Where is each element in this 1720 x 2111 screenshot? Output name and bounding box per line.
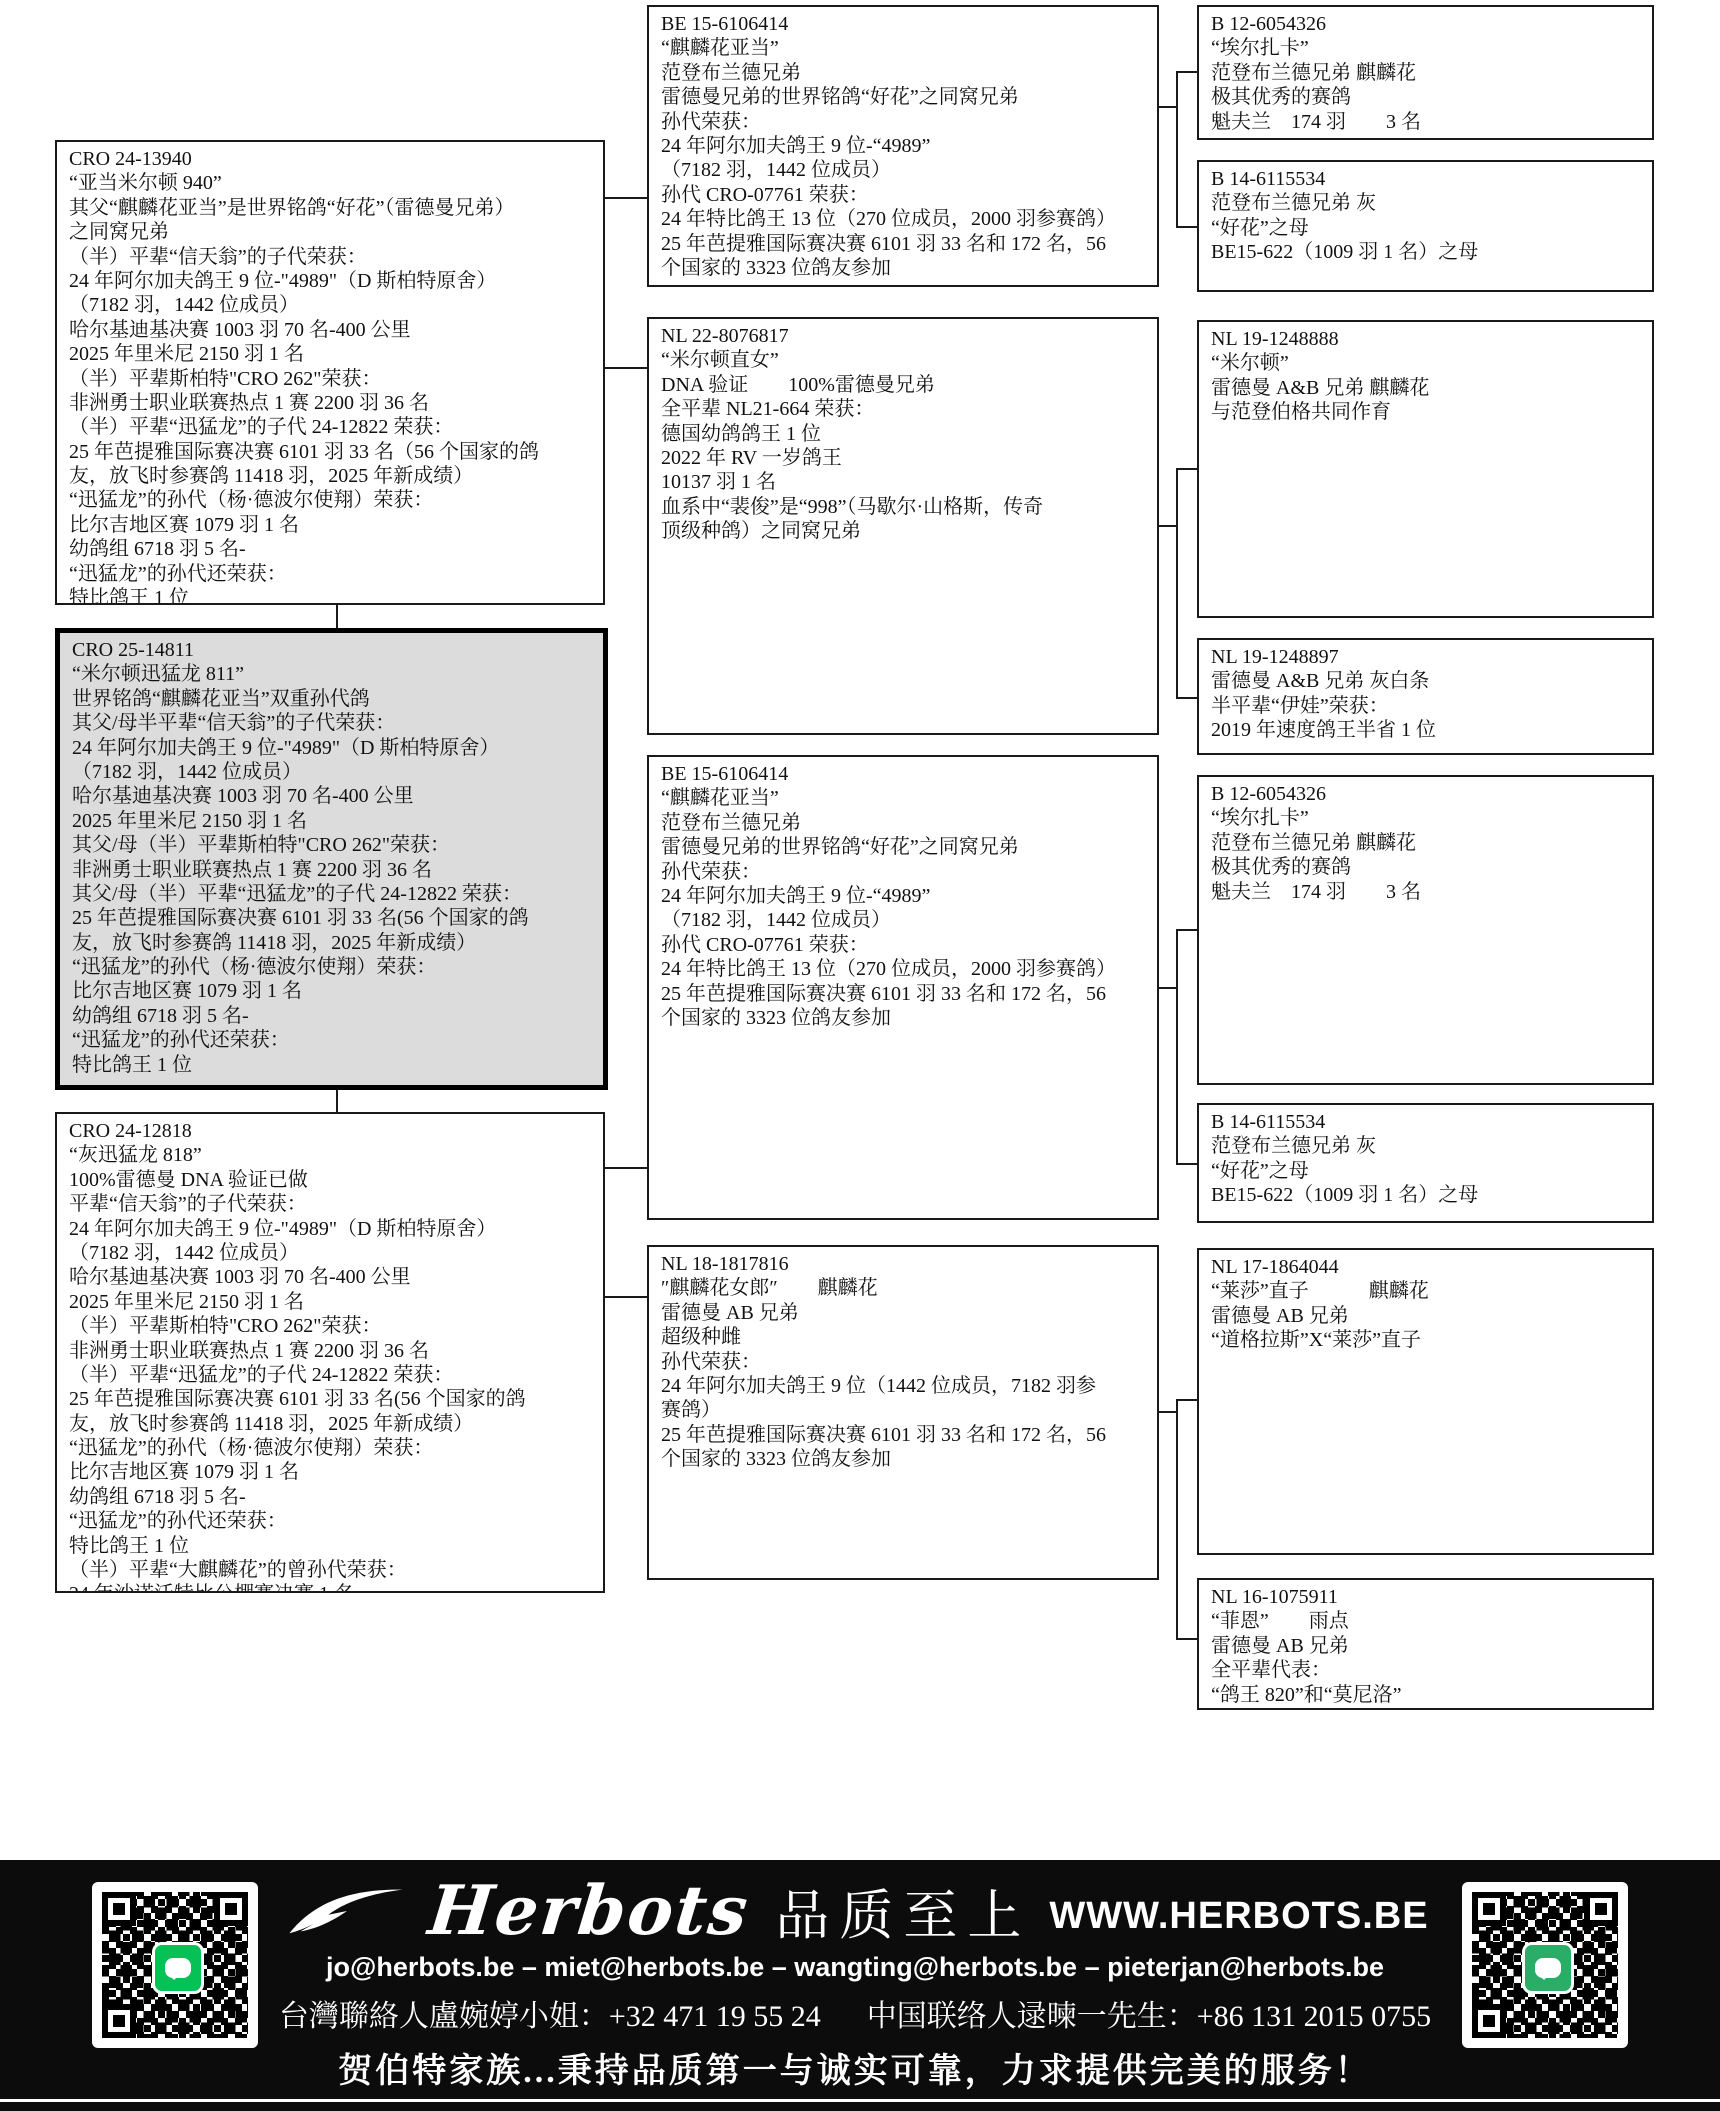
- pedigree-line: B 14-6115534: [1211, 1110, 1642, 1134]
- pedigree-line: （半）平辈“信天翁”的子代荣获：: [69, 245, 593, 269]
- pedigree-box-ggp-1: B 12-6054326“埃尔扎卡”范登布兰德兄弟 麒麟花极其优秀的赛鸽魁夫兰 …: [1197, 5, 1654, 140]
- connector-line: [1176, 226, 1197, 228]
- pedigree-line: 比尔吉地区赛 1079 羽 1 名: [69, 513, 593, 537]
- pedigree-line: “麒麟花亚当”: [661, 36, 1147, 60]
- pedigree-line: 2025 年里米尼 2150 羽 1 名: [69, 1290, 593, 1314]
- qr-finder-icon: [1584, 1892, 1618, 1926]
- pedigree-page: CRO 24-13940“亚当米尔顿 940”其父“麒麟花亚当”是世界铭鸽“好花…: [0, 0, 1720, 2111]
- pedigree-box-ggp-5: B 12-6054326“埃尔扎卡”范登布兰德兄弟 麒麟花极其优秀的赛鸽魁夫兰 …: [1197, 775, 1654, 1085]
- pedigree-line: 个国家的 3323 位鸽友参加: [661, 1447, 1147, 1471]
- pedigree-line: B 12-6054326: [1211, 12, 1642, 36]
- pedigree-line: （7182 羽，1442 位成员）: [661, 158, 1147, 182]
- qr-finder-icon: [1472, 1892, 1506, 1926]
- pedigree-line: BE15-622（1009 羽 1 名）之母: [1211, 1183, 1642, 1207]
- pedigree-line: 全平辈 NL21-664 荣获：: [661, 397, 1147, 421]
- pedigree-line: 雷德曼兄弟的世界铭鸽“好花”之同窝兄弟: [661, 85, 1147, 109]
- pedigree-line: 特比鸽王 1 位: [69, 1534, 593, 1558]
- pedigree-line: 特比鸽王 1 位: [69, 586, 593, 605]
- pedigree-line: 24 年特比鸽王 13 位（270 位成员，2000 羽参赛鸽）: [661, 957, 1147, 981]
- pedigree-line: 25 年芭提雅国际赛决赛 6101 羽 33 名和 172 名，56: [661, 1423, 1147, 1447]
- pedigree-line: “菲恩” 雨点: [1211, 1609, 1642, 1633]
- connector-line: [1176, 71, 1197, 73]
- pedigree-line: （7182 羽，1442 位成员）: [69, 293, 593, 317]
- feather-icon: [281, 1885, 411, 1937]
- pedigree-line: 2019 年速度鸽王半省 1 位: [1211, 718, 1642, 742]
- pedigree-line: “迅猛龙”的孙代还荣获：: [69, 1509, 593, 1533]
- pedigree-line: 与范登伯格共同作育: [1211, 400, 1642, 424]
- connector-line: [1176, 1638, 1197, 1640]
- connector-line: [605, 1296, 647, 1298]
- pedigree-line: 幼鸽组 6718 羽 5 名-: [72, 1004, 593, 1028]
- pedigree-line: 雷德曼兄弟的世界铭鸽“好花”之同窝兄弟: [661, 835, 1147, 859]
- pedigree-box-subject-sire: CRO 24-13940“亚当米尔顿 940”其父“麒麟花亚当”是世界铭鸽“好花…: [55, 140, 605, 605]
- pedigree-line: “迅猛龙”的孙代（杨·德波尔使翔）荣获：: [72, 955, 593, 979]
- pedigree-line: 友，放飞时参赛鸽 11418 羽，2025 年新成绩）: [69, 1412, 593, 1436]
- footer-banner: Herbots 品质至上 WWW.HERBOTS.BE jo@herbots.b…: [0, 1860, 1720, 2111]
- pedigree-line: “莱莎”直子 麒麟花: [1211, 1279, 1642, 1303]
- qr-finder-icon: [1472, 2004, 1506, 2038]
- connector-line: [1176, 1163, 1197, 1165]
- pedigree-box-ggp-4: NL 19-1248897雷德曼 A&B 兄弟 灰白条半平辈“伊娃”荣获：201…: [1197, 638, 1654, 755]
- pedigree-line: 哈尔基迪基决赛 1003 羽 70 名-400 公里: [72, 784, 593, 808]
- pedigree-line: 其父“麒麟花亚当”是世界铭鸽“好花”（雷德曼兄弟）: [69, 196, 593, 220]
- pedigree-line: 比尔吉地区赛 1079 羽 1 名: [69, 1460, 593, 1484]
- pedigree-line: 超级种雌: [661, 1325, 1147, 1349]
- pedigree-line: B 14-6115534: [1211, 167, 1642, 191]
- pedigree-line: 范登布兰德兄弟 麒麟花: [1211, 61, 1642, 85]
- pedigree-line: “米尔顿直女”: [661, 348, 1147, 372]
- pedigree-line: 其父/母（半）平辈斯柏特"CRO 262"荣获：: [72, 833, 593, 857]
- pedigree-line: “埃尔扎卡”: [1211, 806, 1642, 830]
- pedigree-line: 血系中“裴俊”是“998”（马歇尔·山格斯，传奇: [661, 495, 1147, 519]
- pedigree-box-grandsire-maternal: BE 15-6106414“麒麟花亚当”范登布兰德兄弟雷德曼兄弟的世界铭鸽“好花…: [647, 755, 1159, 1220]
- pedigree-line: 世界铭鸽“麒麟花亚当”双重孙代鸽: [72, 687, 593, 711]
- pedigree-line: 特比鸽王 1 位: [72, 1053, 593, 1077]
- connector-line: [605, 197, 647, 199]
- pedigree-line: “道格拉斯”X“莱莎”直子: [1211, 1328, 1642, 1352]
- pedigree-line: 24 年阿尔加夫鸽王 9 位-"4989"（D 斯柏特原舍）: [72, 736, 593, 760]
- pedigree-line: 雷德曼 AB 兄弟: [1211, 1304, 1642, 1328]
- pedigree-box-ggp-2: B 14-6115534范登布兰德兄弟 灰“好花”之母BE15-622（1009…: [1197, 160, 1654, 292]
- connector-line: [605, 367, 647, 369]
- pedigree-line: （7182 羽，1442 位成员）: [69, 1241, 593, 1265]
- pedigree-line: （半）平辈“迅猛龙”的子代 24-12822 荣获：: [69, 415, 593, 439]
- qr-pattern: [102, 1892, 248, 2038]
- connector-line: [1176, 929, 1178, 1165]
- wechat-icon: [1522, 1942, 1574, 1994]
- connector-line: [1176, 1399, 1178, 1640]
- pedigree-line: “麒麟花亚当”: [661, 786, 1147, 810]
- pedigree-box-grandsire-paternal: BE 15-6106414“麒麟花亚当”范登布兰德兄弟雷德曼兄弟的世界铭鸽“好花…: [647, 5, 1159, 287]
- pedigree-line: 哈尔基迪基决赛 1003 羽 70 名-400 公里: [69, 1265, 593, 1289]
- pedigree-line: 24 年特比鸽王 13 位（270 位成员，2000 羽参赛鸽）: [661, 207, 1147, 231]
- pedigree-box-subject: CRO 25-14811“米尔顿迅猛龙 811”世界铭鸽“麒麟花亚当”双重孙代鸽…: [55, 628, 608, 1090]
- pedigree-line: 24 年阿尔加夫鸽王 9 位（1442 位成员，7182 羽参: [661, 1374, 1147, 1398]
- pedigree-line: 2025 年里米尼 2150 羽 1 名: [72, 809, 593, 833]
- pedigree-line: CRO 24-12818: [69, 1119, 593, 1143]
- brand-row: Herbots 品质至上 WWW.HERBOTS.BE: [255, 1872, 1455, 1950]
- pedigree-line: 雷德曼 AB 兄弟: [661, 1301, 1147, 1325]
- connector-line: [336, 605, 338, 628]
- pedigree-line: ″麒麟花女郎″ 麒麟花: [661, 1276, 1147, 1300]
- pedigree-line: 哈尔基迪基决赛 1003 羽 70 名-400 公里: [69, 318, 593, 342]
- pedigree-line: 范登布兰德兄弟 灰: [1211, 1134, 1642, 1158]
- pedigree-line: 个国家的 3323 位鸽友参加: [661, 256, 1147, 280]
- pedigree-line: 2022 年 RV 一岁鸽王: [661, 446, 1147, 470]
- pedigree-line: 范登布兰德兄弟: [661, 811, 1147, 835]
- pedigree-line: 孙代 CRO-07761 荣获：: [661, 933, 1147, 957]
- pedigree-line: 孙代荣获：: [661, 1350, 1147, 1374]
- pedigree-line: （半）平辈斯柏特"CRO 262"荣获：: [69, 367, 593, 391]
- pedigree-line: 24 年阿尔加夫鸽王 9 位-"4989"（D 斯柏特原舍）: [69, 1217, 593, 1241]
- pedigree-line: 25 年芭提雅国际赛决赛 6101 羽 33 名（56 个国家的鸽: [69, 440, 593, 464]
- pedigree-line: “迅猛龙”的孙代（杨·德波尔使翔）荣获：: [69, 488, 593, 512]
- connector-line: [1176, 468, 1178, 699]
- pedigree-line: B 12-6054326: [1211, 782, 1642, 806]
- pedigree-line: NL 22-8076817: [661, 324, 1147, 348]
- pedigree-line: 魁夫兰 174 羽 3 名: [1211, 880, 1642, 904]
- qr-pattern: [1472, 1892, 1618, 2038]
- connector-line: [605, 1167, 647, 1169]
- pedigree-box-granddam-paternal: NL 22-8076817“米尔顿直女”DNA 验证 100%雷德曼兄弟全平辈 …: [647, 317, 1159, 735]
- email-list: jo@herbots.be – miet@herbots.be – wangti…: [255, 1952, 1455, 1983]
- pedigree-line: 2025 年里米尼 2150 羽 1 名: [69, 342, 593, 366]
- contact-row: 台灣聯絡人盧婉婷小姐：+32 471 19 55 24 中国联络人逯暕一先生：+…: [255, 1991, 1455, 2035]
- pedigree-line: “迅猛龙”的孙代（杨·德波尔使翔）荣获：: [69, 1436, 593, 1460]
- pedigree-line: （半）平辈“迅猛龙”的子代 24-12822 荣获：: [69, 1363, 593, 1387]
- pedigree-line: 25 年芭提雅国际赛决赛 6101 羽 33 名(56 个国家的鸽: [72, 906, 593, 930]
- pedigree-line: 24 年阿尔加夫鸽王 9 位-“4989”: [661, 134, 1147, 158]
- pedigree-line: “亚当米尔顿 940”: [69, 171, 593, 195]
- pedigree-line: 孙代荣获：: [661, 110, 1147, 134]
- pedigree-line: 全平辈代表：: [1211, 1658, 1642, 1682]
- pedigree-line: “米尔顿迅猛龙 811”: [72, 662, 593, 686]
- pedigree-line: 孙代 CRO-07761 荣获：: [661, 183, 1147, 207]
- pedigree-box-ggp-8: NL 16-1075911“菲恩” 雨点雷德曼 AB 兄弟全平辈代表：“鸽王 8…: [1197, 1578, 1654, 1710]
- pedigree-line: BE 15-6106414: [661, 12, 1147, 36]
- pedigree-line: （7182 羽，1442 位成员）: [72, 760, 593, 784]
- pedigree-line: “好花”之母: [1211, 216, 1642, 240]
- brand-logo: Herbots: [425, 1871, 753, 1951]
- pedigree-box-subject-dam: CRO 24-12818“灰迅猛龙 818”100%雷德曼 DNA 验证已做平辈…: [55, 1112, 605, 1593]
- pedigree-line: 雷德曼 AB 兄弟: [1211, 1634, 1642, 1658]
- pedigree-line: NL 16-1075911: [1211, 1585, 1642, 1609]
- connector-line: [1176, 697, 1197, 699]
- contact-china: 中国联络人逯暕一先生：+86 131 2015 0755: [867, 1991, 1431, 2035]
- pedigree-line: CRO 24-13940: [69, 147, 593, 171]
- pedigree-line: 25 年芭提雅国际赛决赛 6101 羽 33 名(56 个国家的鸽: [69, 1387, 593, 1411]
- line-app-icon: [152, 1942, 204, 1994]
- pedigree-line: 24 年阿尔加夫鸽王 9 位-"4989"（D 斯柏特原舍）: [69, 269, 593, 293]
- pedigree-line: 范登布兰德兄弟: [661, 61, 1147, 85]
- pedigree-box-ggp-7: NL 17-1864044“莱莎”直子 麒麟花雷德曼 AB 兄弟“道格拉斯”X“…: [1197, 1248, 1654, 1555]
- pedigree-line: “埃尔扎卡”: [1211, 36, 1642, 60]
- pedigree-line: “灰迅猛龙 818”: [69, 1143, 593, 1167]
- pedigree-line: 幼鸽组 6718 羽 5 名-: [69, 1485, 593, 1509]
- pedigree-line: 24 年沙诺沃特比公棚赛决赛 1 名: [69, 1582, 593, 1593]
- pedigree-line: DNA 验证 100%雷德曼兄弟: [661, 373, 1147, 397]
- pedigree-line: 其父/母半平辈“信天翁”的子代荣获：: [72, 711, 593, 735]
- pedigree-line: 友，放飞时参赛鸽 11418 羽，2025 年新成绩）: [72, 931, 593, 955]
- pedigree-line: 顶级种鸽）之同窝兄弟: [661, 519, 1147, 543]
- pedigree-line: 25 年芭提雅国际赛决赛 6101 羽 33 名和 172 名，56: [661, 982, 1147, 1006]
- pedigree-line: （半）平辈“大麒麟花”的曾孙代荣获：: [69, 1558, 593, 1582]
- pedigree-line: NL 17-1864044: [1211, 1255, 1642, 1279]
- pedigree-line: （半）平辈斯柏特"CRO 262"荣获：: [69, 1314, 593, 1338]
- footer-slogan: 贺伯特家族...秉持品质第一与诚实可靠，力求提供完美的服务！: [255, 2043, 1455, 2092]
- pedigree-line: 友，放飞时参赛鸽 11418 羽，2025 年新成绩）: [69, 464, 593, 488]
- pedigree-line: “鸽王 820”和“莫尼洛”: [1211, 1683, 1642, 1707]
- footer-center: Herbots 品质至上 WWW.HERBOTS.BE jo@herbots.b…: [255, 1872, 1455, 2092]
- pedigree-line: NL 18-1817816: [661, 1252, 1147, 1276]
- pedigree-line: CRO 25-14811: [72, 638, 593, 662]
- connector-line: [1176, 468, 1197, 470]
- pedigree-line: 雷德曼 A&B 兄弟 麒麟花: [1211, 376, 1642, 400]
- pedigree-line: 24 年阿尔加夫鸽王 9 位-“4989”: [661, 884, 1147, 908]
- pedigree-line: “迅猛龙”的孙代还荣获：: [69, 562, 593, 586]
- contact-taiwan: 台灣聯絡人盧婉婷小姐：+32 471 19 55 24: [279, 1991, 821, 2035]
- pedigree-line: 比尔吉地区赛 1079 羽 1 名: [72, 979, 593, 1003]
- connector-line: [336, 1090, 338, 1112]
- pedigree-line: 孙代荣获：: [661, 860, 1147, 884]
- pedigree-box-ggp-3: NL 19-1248888“米尔顿”雷德曼 A&B 兄弟 麒麟花与范登伯格共同作…: [1197, 320, 1654, 618]
- pedigree-line: 极其优秀的赛鸽: [1211, 85, 1642, 109]
- pedigree-line: 其父/母（半）平辈“迅猛龙”的子代 24-12822 荣获：: [72, 882, 593, 906]
- pedigree-line: NL 19-1248888: [1211, 327, 1642, 351]
- pedigree-line: 非洲勇士职业联赛热点 1 赛 2200 羽 36 名: [72, 858, 593, 882]
- pedigree-line: 极其优秀的赛鸽: [1211, 855, 1642, 879]
- pedigree-line: “好花”之母: [1211, 1159, 1642, 1183]
- pedigree-line: BE15-622（1009 羽 1 名）之母: [1211, 240, 1642, 264]
- pedigree-line: 非洲勇士职业联赛热点 1 赛 2200 羽 36 名: [69, 391, 593, 415]
- connector-line: [1176, 71, 1178, 228]
- pedigree-line: 赛鸽）: [661, 1398, 1147, 1422]
- pedigree-line: 半平辈“伊娃”荣获：: [1211, 694, 1642, 718]
- pedigree-line: 范登布兰德兄弟 麒麟花: [1211, 831, 1642, 855]
- qr-code-wechat: [1462, 1882, 1628, 2048]
- pedigree-line: 魁夫兰 174 羽 3 名: [1211, 110, 1642, 134]
- pedigree-line: 范登布兰德兄弟 灰: [1211, 191, 1642, 215]
- pedigree-line: 25 年芭提雅国际赛决赛 6101 羽 33 名和 172 名，56: [661, 232, 1147, 256]
- qr-finder-icon: [102, 1892, 136, 1926]
- qr-finder-icon: [102, 2004, 136, 2038]
- footer-divider: [0, 2099, 1720, 2102]
- pedigree-line: 之同窝兄弟: [69, 220, 593, 244]
- pedigree-box-ggp-6: B 14-6115534范登布兰德兄弟 灰“好花”之母BE15-622（1009…: [1197, 1103, 1654, 1223]
- pedigree-box-granddam-maternal: NL 18-1817816″麒麟花女郎″ 麒麟花雷德曼 AB 兄弟超级种雌孙代荣…: [647, 1245, 1159, 1580]
- pedigree-line: 100%雷德曼 DNA 验证已做: [69, 1168, 593, 1192]
- pedigree-line: 雷德曼 A&B 兄弟 灰白条: [1211, 669, 1642, 693]
- brand-tagline: 品质至上: [767, 1873, 1031, 1950]
- pedigree-line: NL 19-1248897: [1211, 645, 1642, 669]
- qr-code-line: [92, 1882, 258, 2048]
- qr-finder-icon: [214, 1892, 248, 1926]
- pedigree-line: “米尔顿”: [1211, 351, 1642, 375]
- pedigree-line: （7182 羽，1442 位成员）: [661, 908, 1147, 932]
- pedigree-line: 非洲勇士职业联赛热点 1 赛 2200 羽 36 名: [69, 1339, 593, 1363]
- pedigree-line: 平辈“信天翁”的子代荣获：: [69, 1192, 593, 1216]
- connector-line: [1176, 929, 1197, 931]
- pedigree-line: 个国家的 3323 位鸽友参加: [661, 1006, 1147, 1030]
- pedigree-line: “迅猛龙”的孙代还荣获：: [72, 1028, 593, 1052]
- pedigree-line: BE 15-6106414: [661, 762, 1147, 786]
- pedigree-line: 德国幼鸽鸽王 1 位: [661, 422, 1147, 446]
- pedigree-line: 幼鸽组 6718 羽 5 名-: [69, 537, 593, 561]
- pedigree-line: 10137 羽 1 名: [661, 470, 1147, 494]
- connector-line: [1176, 1399, 1197, 1401]
- website-url: WWW.HERBOTS.BE: [1049, 1885, 1428, 1938]
